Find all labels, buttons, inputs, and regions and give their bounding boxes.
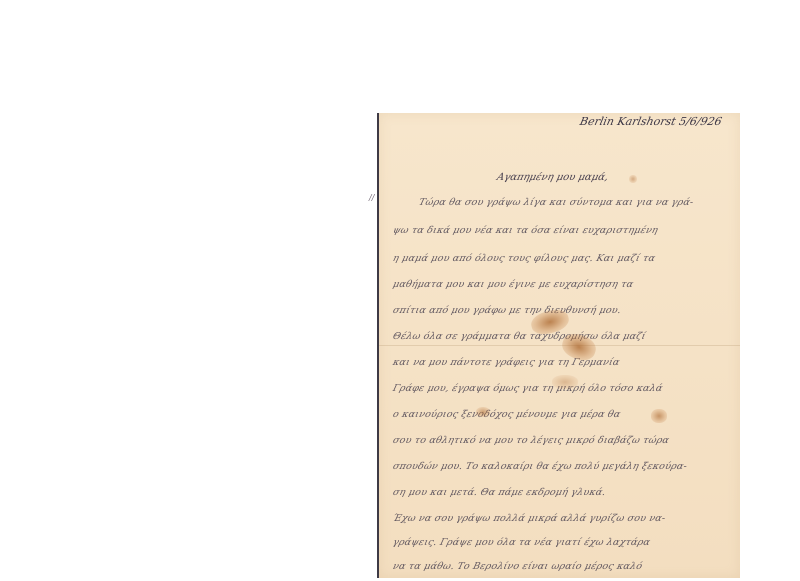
ink-stain bbox=[651, 409, 667, 423]
letter-line: να τα μάθω. Το Βερολίνο είναι ωραίο μέρο… bbox=[392, 561, 742, 572]
ink-stain bbox=[552, 375, 578, 389]
letter-line: ψω τα δικά μου νέα και τα όσα είναι ευχα… bbox=[392, 225, 742, 236]
ink-stain bbox=[629, 175, 637, 183]
letter-line: ο καινούριος ξενοδόχος μένουμε για μέρα … bbox=[392, 409, 742, 420]
letter-line: και να μου πάντοτε γράφεις για τη Γερμαν… bbox=[392, 357, 742, 368]
ink-stain bbox=[476, 407, 490, 417]
salutation: Αγαπημένη μου μαμά, bbox=[496, 172, 610, 183]
letter-page: Berlin Karlshorst 5/6/926 Αγαπημένη μου … bbox=[377, 113, 740, 578]
margin-mark: // bbox=[369, 193, 374, 202]
paper-fold bbox=[379, 345, 740, 346]
letter-line: Έχω να σου γράψω πολλά μικρά αλλά γυρίζω… bbox=[392, 513, 742, 524]
letter-line: Τώρα θα σου γράψω λίγα και σύντομα και γ… bbox=[418, 197, 742, 208]
letter-line: ση μου και μετά. Θα πάμε εκδρομή γλυκά. bbox=[392, 487, 742, 498]
letter-line: σου το αθλητικό να μου το λέγεις μικρό δ… bbox=[392, 435, 742, 446]
letter-line: μαθήματα μου και μου έγινε με ευχαρίστησ… bbox=[392, 279, 742, 290]
letter-line: γράψεις. Γράψε μου όλα τα νέα γιατί έχω … bbox=[392, 537, 742, 548]
letter-line: η μαμά μου από όλους τους φίλους μας. Κα… bbox=[392, 253, 742, 264]
letter-line: σπουδών μου. Το καλοκαίρι θα έχω πολύ με… bbox=[392, 461, 742, 472]
place-date-header: Berlin Karlshorst 5/6/926 bbox=[579, 115, 723, 128]
